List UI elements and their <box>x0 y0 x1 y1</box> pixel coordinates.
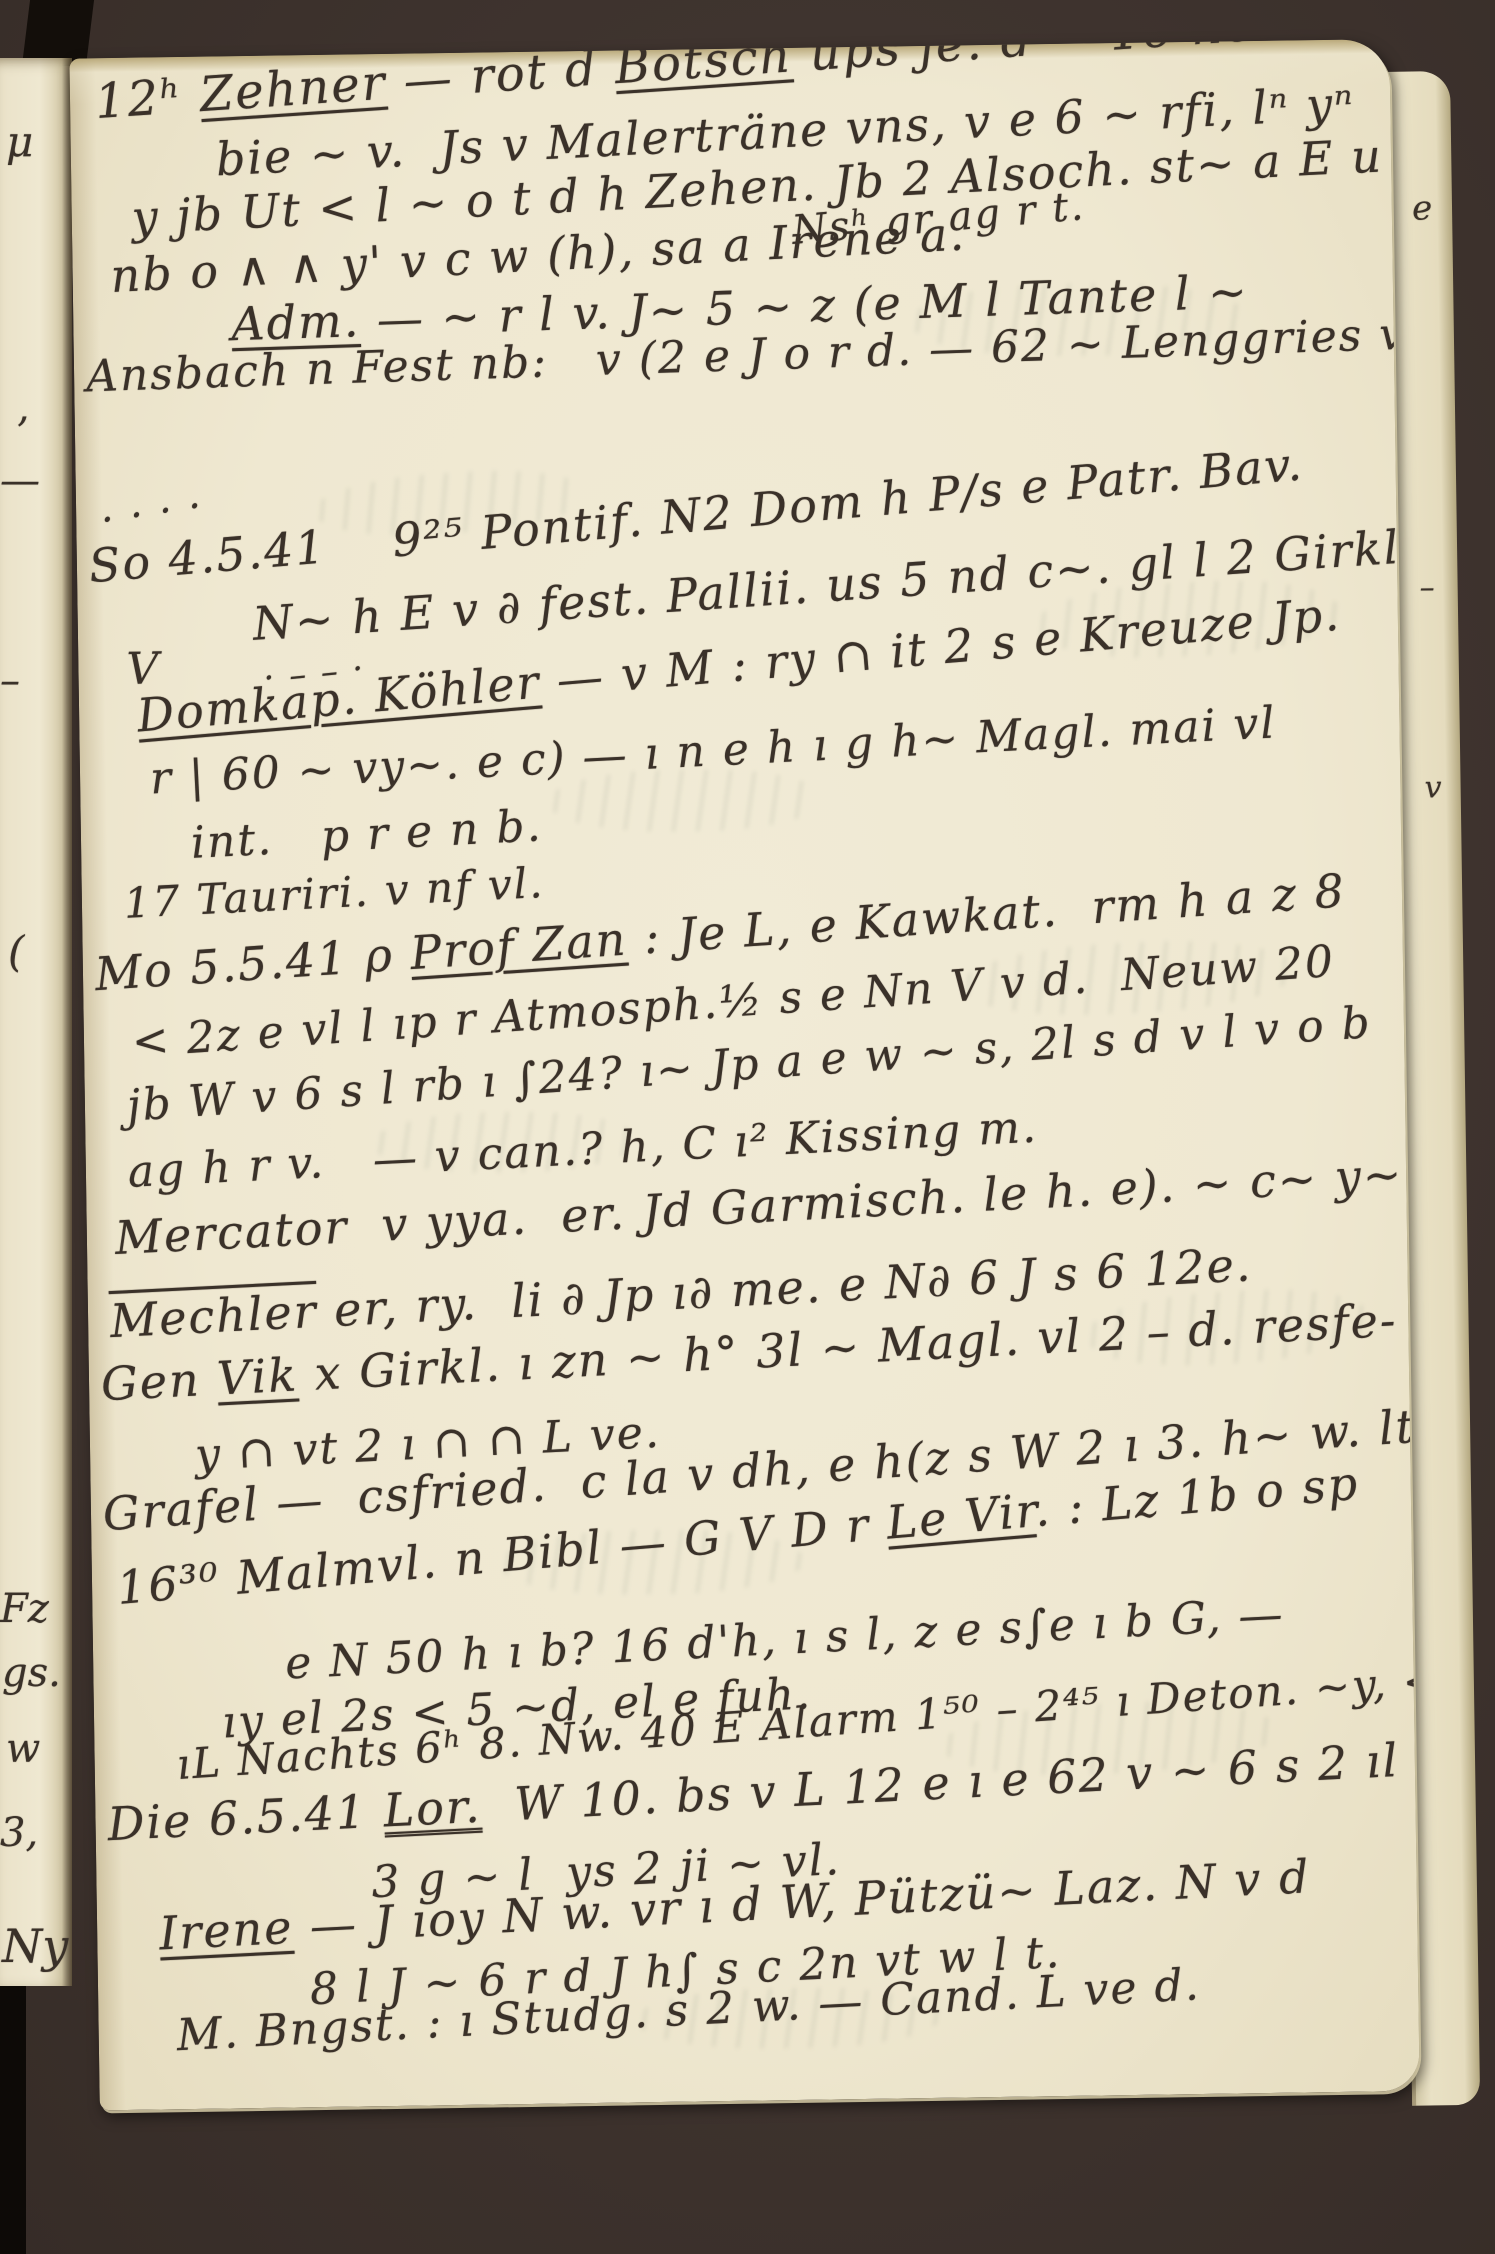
scanned-notebook-photo: { "scene": { "colors": { "background": "… <box>0 0 1495 2254</box>
handwriting-fragment: e <box>1412 189 1433 228</box>
handwriting-fragment: 3, <box>0 1810 38 1856</box>
handwriting-fragment: – <box>1419 571 1435 606</box>
manuscript-line: 17 Tauriri. v nf vl. <box>123 859 546 928</box>
handwriting-fragment: Fz <box>0 1586 49 1632</box>
book-binding <box>22 0 94 66</box>
handwriting-fragment: Ny <box>2 1920 68 1973</box>
handwriting-fragment: — <box>0 458 40 504</box>
handwriting-fragment: w <box>6 1726 40 1772</box>
manuscript-text: 12ʰ Zehner — rot d Bötsch ups je. d ~ 16… <box>69 39 1419 2110</box>
notebook-page: 12ʰ Zehner — rot d Bötsch ups je. d ~ 16… <box>69 39 1419 2110</box>
handwriting-fragment: gs. <box>2 1650 61 1696</box>
manuscript-line: int. p r e n b. <box>190 801 544 869</box>
handwriting-fragment: μ <box>6 118 33 166</box>
handwriting-fragment: v <box>1424 771 1441 806</box>
spine-shadow <box>0 1982 26 2254</box>
handwriting-fragment: ’ <box>16 410 29 456</box>
handwriting-fragment: ( <box>8 928 24 976</box>
left-page-edge: μ’—–(Fzgs.w3,Ny <box>0 58 72 1986</box>
handwriting-fragment: – <box>0 658 20 704</box>
